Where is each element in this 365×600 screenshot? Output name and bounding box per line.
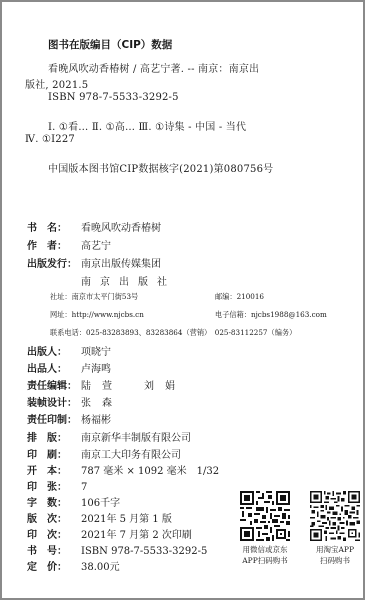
spec-value: 南京新华丰制版有限公司 — [81, 432, 191, 446]
staff-value: 张森 — [81, 397, 123, 411]
author: 高艺宁 — [81, 240, 111, 254]
website-link[interactable]: 网址：http://www.njcbs.cn — [50, 310, 144, 320]
spec-row: 印 刷：南京工大印务有限公司 — [27, 449, 181, 463]
spec-value: 2021年 5 月第 1 版 — [81, 513, 172, 527]
spec-row: 印 次：2021年 7 月第 2 次印刷 — [27, 529, 192, 543]
spec-label: 书 号： — [27, 545, 81, 559]
spec-row: 排 版：南京新华丰制版有限公司 — [27, 432, 191, 446]
cip-isbn: ISBN 978-7-5533-3292-5 — [48, 92, 179, 103]
spec-value: 7 — [81, 481, 87, 495]
publisher-name: 南京出版社 — [81, 276, 176, 290]
book-title-row: 书 名：看晚风吹动香椿树 — [27, 222, 161, 236]
staff-value: 杨福彬 — [81, 414, 111, 428]
spec-label: 印 次： — [27, 529, 81, 543]
author-row: 作 者：高艺宁 — [27, 240, 111, 254]
qr-code-icon — [310, 491, 360, 541]
staff-label: 装帧设计： — [27, 397, 81, 411]
phone: 联系电话：025-83283893、83283864（营销） 025-83112… — [50, 328, 296, 338]
qr-caption-wechat-jd: 用微信或京东 APP扫码购书 — [236, 544, 294, 566]
qr-code-taobao[interactable] — [310, 491, 360, 541]
author-label: 作 者： — [27, 240, 81, 254]
staff-value: 项晓宁 — [81, 346, 111, 360]
staff-row: 出版人：项晓宁 — [27, 346, 111, 360]
staff-row: 出品人：卢海鸣 — [27, 363, 111, 377]
cip-line-2: 版社, 2021.5 — [25, 76, 88, 91]
spec-row: 印 张：7 — [27, 481, 87, 495]
spec-label: 字 数： — [27, 497, 81, 511]
staff-value: 卢海鸣 — [81, 363, 111, 377]
email-link[interactable]: 电子信箱：njcbs1988@163.com — [215, 310, 327, 320]
staff-label: 出品人： — [27, 363, 81, 377]
postcode: 邮编：210016 — [215, 292, 264, 302]
publisher-label: 出版发行： — [27, 258, 81, 272]
spec-value: 38.00元 — [81, 561, 120, 575]
staff-row: 装帧设计：张森 — [27, 397, 123, 411]
spec-row: 定 价：38.00元 — [27, 561, 120, 575]
spec-value: 106千字 — [81, 497, 120, 511]
copyright-page: 图书在版编目（CIP）数据 看晚风吹动香椿树 / 高艺宁著. -- 南京：南京出… — [0, 0, 365, 600]
qr-code-wechat-jd[interactable] — [240, 491, 290, 541]
staff-value: 陆萱 刘娟 — [81, 380, 186, 394]
spec-row: 字 数：106千字 — [27, 497, 120, 511]
spec-value: 南京工大印务有限公司 — [81, 449, 181, 463]
cip-line-1: 看晚风吹动香椿树 / 高艺宁著. -- 南京：南京出 — [48, 60, 259, 75]
staff-row: 责任印制：杨福彬 — [27, 414, 111, 428]
cip-heading: 图书在版编目（CIP）数据 — [48, 37, 172, 52]
staff-label: 责任印制： — [27, 414, 81, 428]
spec-label: 印 张： — [27, 481, 81, 495]
book-title: 看晚风吹动香椿树 — [81, 222, 161, 236]
spec-value: 2021年 7 月第 2 次印刷 — [81, 529, 192, 543]
spec-row: 版 次：2021年 5 月第 1 版 — [27, 513, 172, 527]
qr-code-icon — [240, 491, 290, 541]
book-title-label: 书 名： — [27, 222, 81, 236]
address: 社址：南京市太平门街53号 — [50, 292, 138, 302]
qr-caption-taobao: 用淘宝APP 扫码购书 — [306, 544, 364, 566]
spec-label: 定 价： — [27, 561, 81, 575]
staff-row: 责任编辑：陆萱 刘娟 — [27, 380, 186, 394]
publisher-row-2: 南京出版社 — [27, 276, 176, 290]
cip-classification-2: Ⅳ. ①I227 — [25, 134, 75, 145]
spec-label: 印 刷： — [27, 449, 81, 463]
spec-row: 书 号：ISBN 978-7-5533-3292-5 — [27, 545, 207, 559]
spec-row: 开 本：787 毫米 × 1092 毫米 1/32 — [27, 465, 219, 479]
cip-approval-number: 中国版本图书馆CIP数据核字(2021)第080756号 — [48, 160, 273, 175]
spec-value: 787 毫米 × 1092 毫米 1/32 — [81, 465, 219, 479]
staff-label: 出版人： — [27, 346, 81, 360]
spec-label: 排 版： — [27, 432, 81, 446]
publisher-row: 出版发行：南京出版传媒集团 — [27, 258, 161, 272]
spec-label: 版 次： — [27, 513, 81, 527]
spec-label: 开 本： — [27, 465, 81, 479]
spec-value: ISBN 978-7-5533-3292-5 — [81, 545, 207, 559]
cip-classification-1: Ⅰ. ①看… Ⅱ. ①高… Ⅲ. ①诗集 - 中国 - 当代 — [48, 118, 246, 133]
staff-label: 责任编辑： — [27, 380, 81, 394]
publisher-group: 南京出版传媒集团 — [81, 258, 161, 272]
